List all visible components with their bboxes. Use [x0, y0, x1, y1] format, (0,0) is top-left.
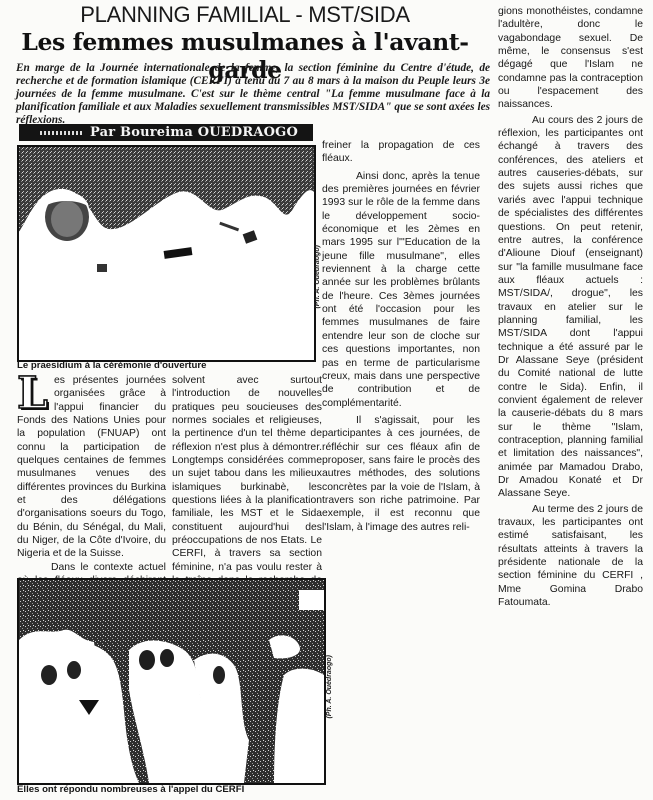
paragraph: Au terme des 2 jours de travaux, les par… [498, 503, 643, 610]
ornament-left-icon [40, 131, 84, 135]
article-deck: En marge de la Journée internationale de… [16, 62, 490, 127]
photo-credit: (Ph. A. Ouédraogo) [314, 245, 321, 309]
paragraph: Ainsi donc, après la tenue des premières… [322, 170, 480, 410]
body-column-3: freiner la propagation de ces fléaux. Ai… [322, 139, 480, 534]
photo-credit: (Ph. A. Ouédraogo) [326, 655, 333, 719]
paragraph: Au cours des 2 jours de réflexion, les p… [498, 114, 643, 501]
section-kicker: PLANNING FAMILIAL - MST/SIDA [0, 2, 490, 28]
photo-praesidium [17, 145, 316, 362]
body-column-4: gions monothéistes, condamne l'adultère,… [498, 5, 643, 609]
byline: Par Boureima OUEDRAOGO [90, 125, 298, 140]
photo-caption: Elles ont répondu nombreuses à l'appel d… [17, 784, 244, 795]
photo-audience-image [19, 580, 324, 783]
paragraph: freiner la propagation de ces fléaux. [322, 139, 480, 166]
byline-bar: Par Boureima OUEDRAOGO [19, 124, 313, 141]
paragraph: Il s'agissait, pour les participantes à … [322, 414, 480, 534]
paragraph: gions monothéistes, condamne l'adultère,… [498, 5, 643, 112]
photo-praesidium-image [19, 147, 314, 360]
dropcap: L [17, 376, 48, 414]
photo-audience [17, 578, 326, 785]
